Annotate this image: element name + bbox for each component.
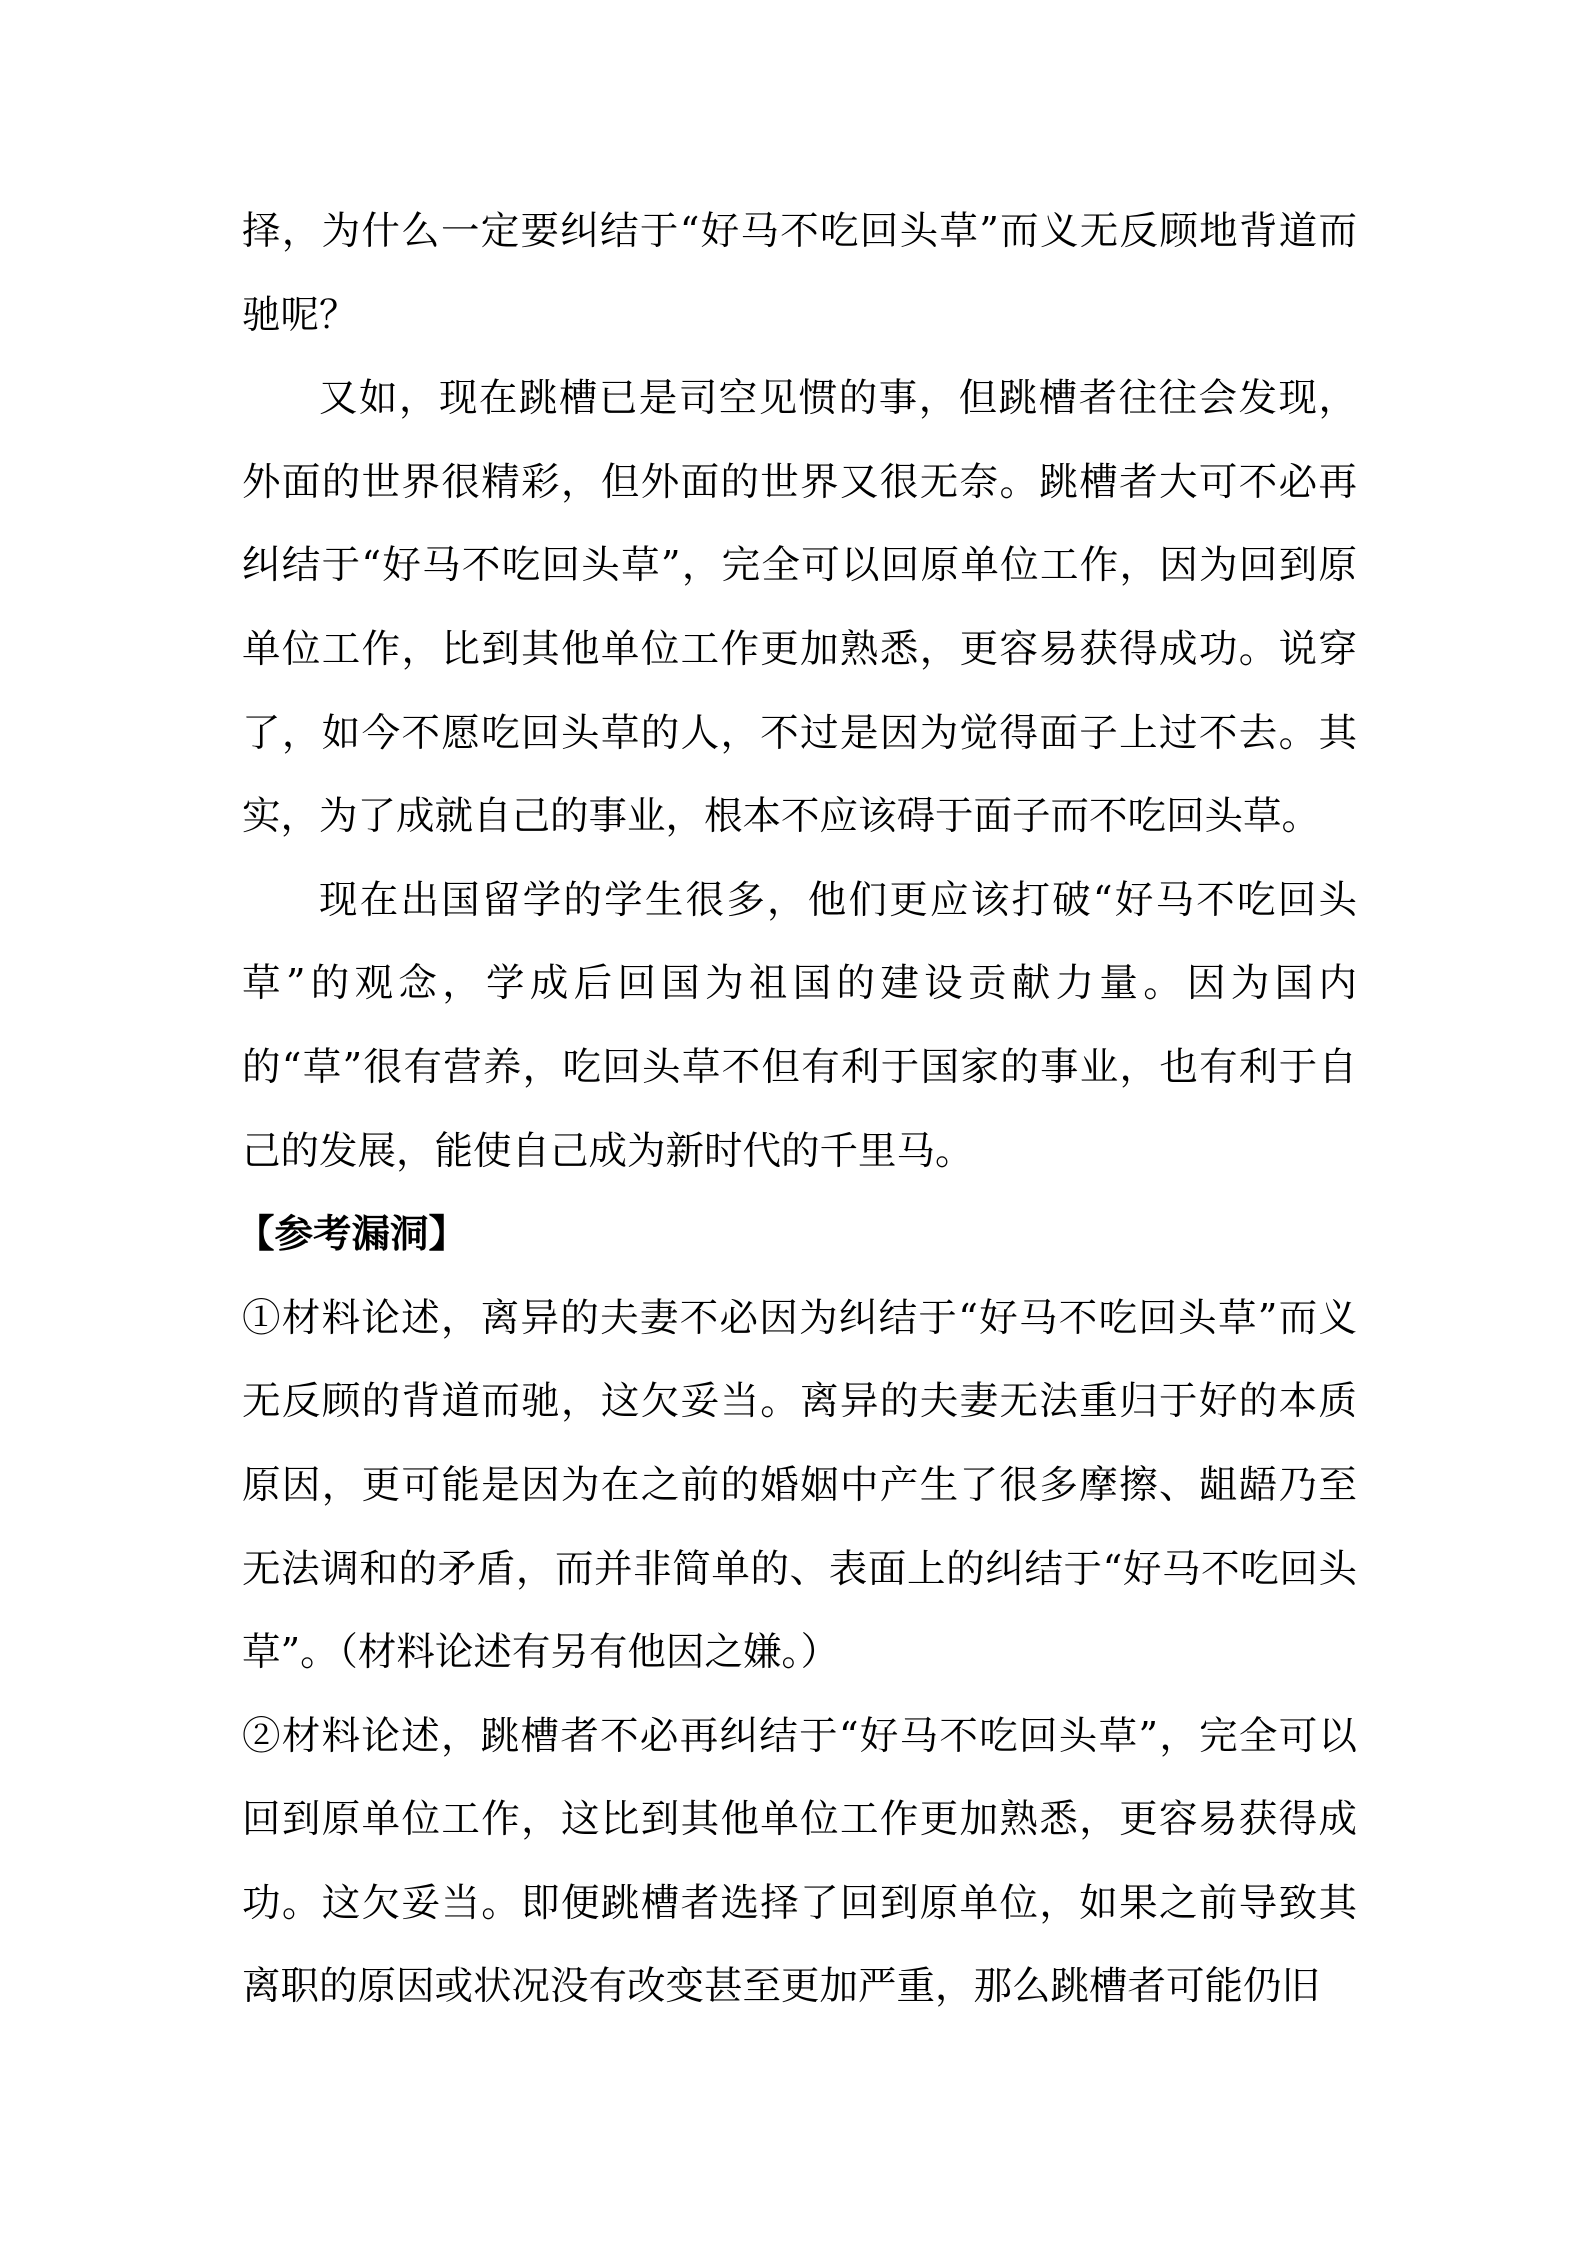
paragraph-study-abroad: 现在出国留学的学生很多，他们更应该打破“好马不吃回头草”的观念，学成后回国为祖国… bbox=[242, 859, 1357, 1193]
loophole-item-1: ①材料论述，离异的夫妻不必因为纠结于“好马不吃回头草”而义无反顾的背道而驰，这欠… bbox=[242, 1277, 1357, 1695]
section-heading: 【参考漏洞】 bbox=[236, 1193, 1357, 1277]
paragraph-job-hopping: 又如，现在跳槽已是司空见惯的事，但跳槽者往往会发现，外面的世界很精彩，但外面的世… bbox=[242, 357, 1357, 859]
loophole-item-2: ②材料论述，跳槽者不必再纠结于“好马不吃回头草”，完全可以回到原单位工作，这比到… bbox=[242, 1695, 1357, 2029]
document-page: 择，为什么一定要纠结于“好马不吃回头草”而义无反顾地背道而驰呢？ 又如，现在跳槽… bbox=[242, 190, 1357, 2029]
paragraph-continuation: 择，为什么一定要纠结于“好马不吃回头草”而义无反顾地背道而驰呢？ bbox=[242, 190, 1357, 357]
